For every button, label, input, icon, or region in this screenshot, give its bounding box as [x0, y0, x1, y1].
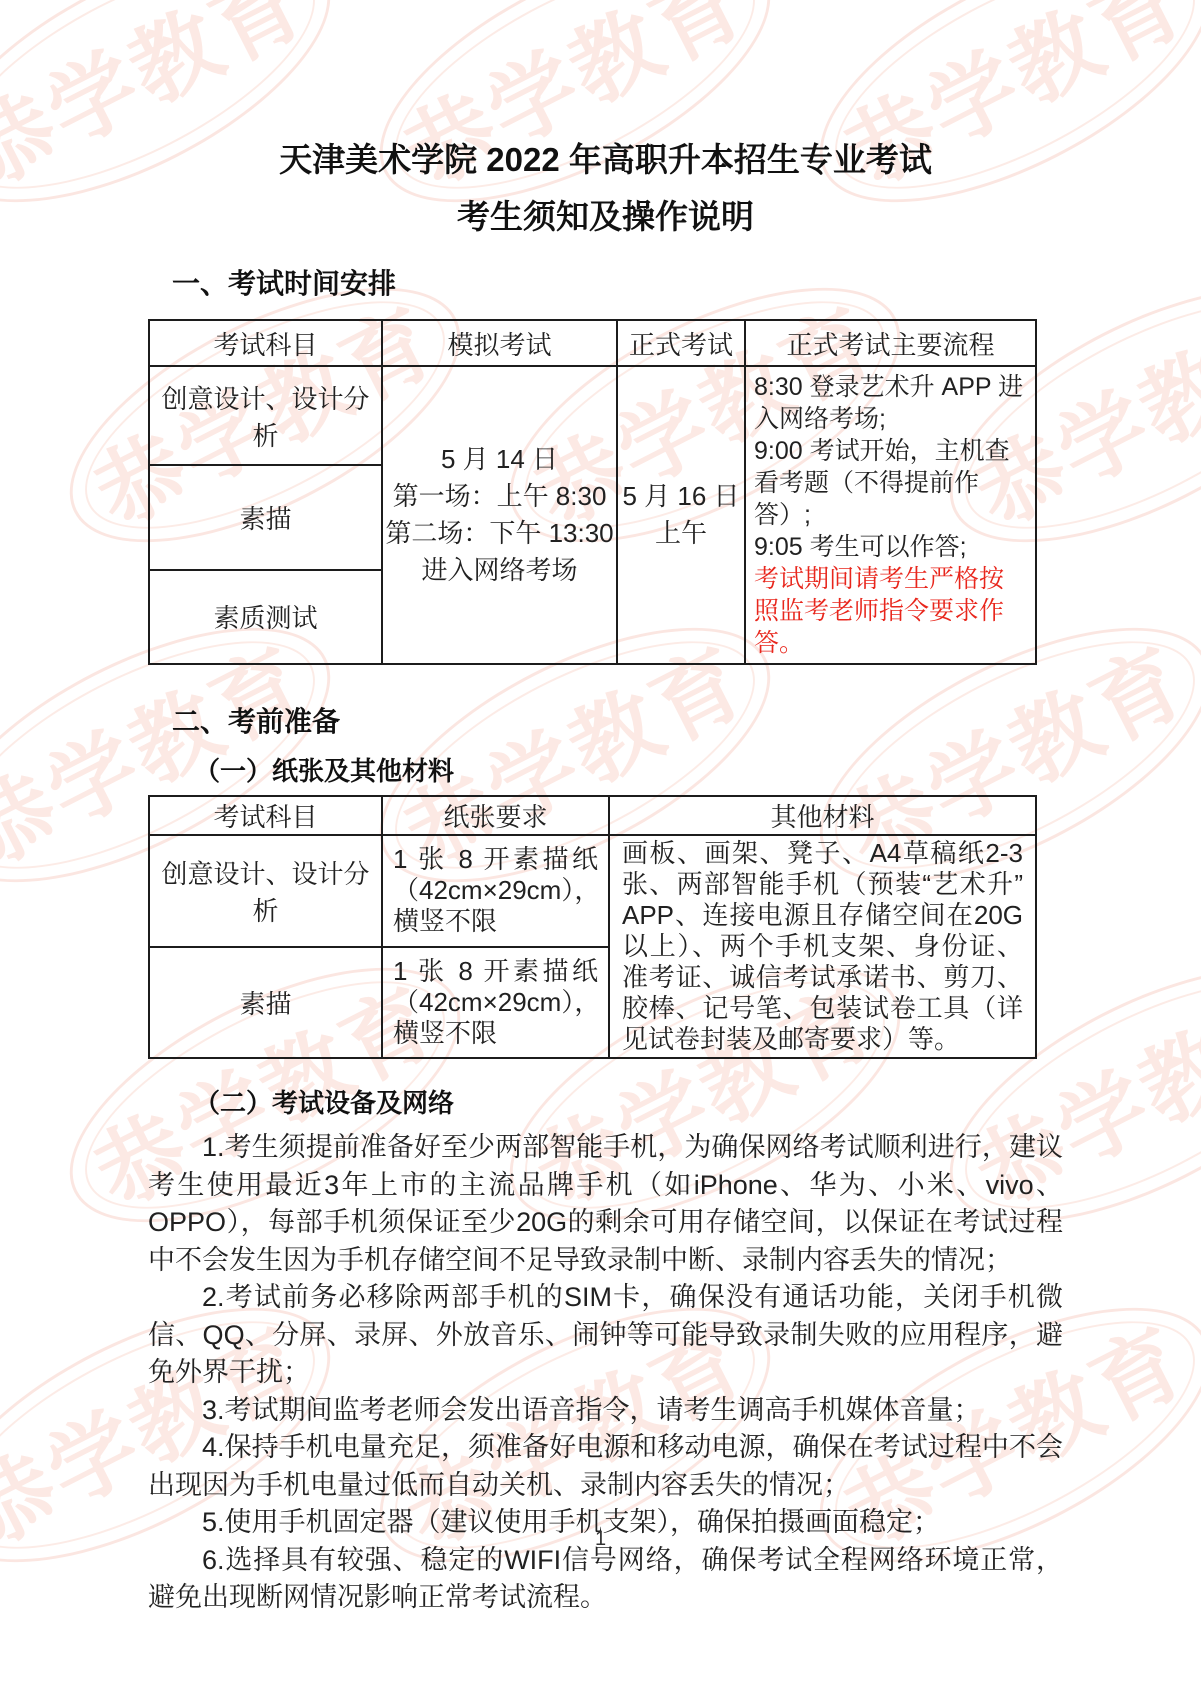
formal-flow-line: 8:30 登录艺术升 APP 进入网络考场;	[754, 371, 1027, 435]
subsection-heading-materials: （一）纸张及其他材料	[148, 755, 1063, 787]
mock-exam-line: 进入网络考场	[383, 552, 616, 589]
paper-requirement-cell: 1 张 8 开素描纸（42cm×29cm），横竖不限	[382, 835, 609, 947]
table-row: 创意设计、设计分析 5 月 14 日 第一场：上午 8:30 第二场：下午 13…	[149, 366, 1036, 465]
formal-exam-cell: 5 月 16 日 上午	[617, 366, 745, 664]
mock-exam-line: 第二场：下午 13:30	[383, 515, 616, 552]
table-row: 创意设计、设计分析 1 张 8 开素描纸（42cm×29cm），横竖不限 画板、…	[149, 835, 1036, 947]
column-header-subject: 考试科目	[149, 320, 382, 366]
document-content: 天津美术学院 2022 年高职升本招生专业考试 考生须知及操作说明 一、考试时间…	[0, 0, 1201, 1699]
mock-exam-cell: 5 月 14 日 第一场：上午 8:30 第二场：下午 13:30 进入网络考场	[382, 366, 617, 664]
document-title-line2: 考生须知及操作说明	[148, 197, 1063, 237]
formal-flow-line: 9:00 考试开始，主机查看考题（不得提前作答）;	[754, 435, 1027, 531]
column-header-formal-flow: 正式考试主要流程	[745, 320, 1036, 366]
paragraph-item: 2.考试前务必移除两部手机的SIM卡，确保没有通话功能，关闭手机微信、QQ、分屏…	[148, 1279, 1063, 1392]
formal-flow-warning: 考试期间请考生严格按照监考老师指令要求作答。	[754, 563, 1027, 659]
subject-cell: 素描	[149, 947, 382, 1059]
formal-exam-line: 上午	[618, 515, 744, 552]
paragraph-item: 1.考生须提前准备好至少两部智能手机，为确保网络考试顺利进行，建议考生使用最近3…	[148, 1129, 1063, 1279]
exam-schedule-table: 考试科目 模拟考试 正式考试 正式考试主要流程 创意设计、设计分析 5 月 14…	[148, 319, 1037, 665]
paragraph-item: 6.选择具有较强、稳定的WIFI信号网络，确保考试全程网络环境正常，避免出现断网…	[148, 1542, 1063, 1617]
paragraph-item: 4.保持手机电量充足，须准备好电源和移动电源，确保在考试过程中不会出现因为手机电…	[148, 1429, 1063, 1504]
subject-cell: 素描	[149, 465, 382, 569]
formal-flow-cell: 8:30 登录艺术升 APP 进入网络考场; 9:00 考试开始，主机查看考题（…	[745, 366, 1036, 664]
page-number: 1	[0, 1528, 1201, 1551]
mock-exam-line: 5 月 14 日	[383, 441, 616, 478]
mock-exam-line: 第一场：上午 8:30	[383, 478, 616, 515]
formal-exam-line: 5 月 16 日	[618, 478, 744, 515]
column-header-other-material: 其他材料	[609, 796, 1036, 835]
formal-flow-line: 9:05 考生可以作答;	[754, 531, 1027, 563]
subject-cell: 创意设计、设计分析	[149, 366, 382, 465]
column-header-formal-exam: 正式考试	[617, 320, 745, 366]
paragraph-item: 3.考试期间监考老师会发出语音指令，请考生调高手机媒体音量；	[148, 1392, 1063, 1430]
subject-cell: 素质测试	[149, 570, 382, 664]
paper-requirement-cell: 1 张 8 开素描纸（42cm×29cm），横竖不限	[382, 947, 609, 1059]
materials-table: 考试科目 纸张要求 其他材料 创意设计、设计分析 1 张 8 开素描纸（42cm…	[148, 795, 1037, 1059]
column-header-paper: 纸张要求	[382, 796, 609, 835]
section-heading-preparation: 二、考前准备	[148, 705, 1063, 739]
subsection-heading-devices: （二）考试设备及网络	[148, 1087, 1063, 1119]
column-header-subject: 考试科目	[149, 796, 382, 835]
document-title-line1: 天津美术学院 2022 年高职升本招生专业考试	[148, 140, 1063, 180]
table-header-row: 考试科目 模拟考试 正式考试 正式考试主要流程	[149, 320, 1036, 366]
section-heading-exam-schedule: 一、考试时间安排	[148, 267, 1063, 301]
subject-cell: 创意设计、设计分析	[149, 835, 382, 947]
column-header-mock-exam: 模拟考试	[382, 320, 617, 366]
table-header-row: 考试科目 纸张要求 其他材料	[149, 796, 1036, 835]
document-page: { "page": { "title_line1": "天津美术学院 2022 …	[0, 0, 1201, 1699]
other-materials-cell: 画板、画架、凳子、A4草稿纸2-3张、两部智能手机（预装“艺术升”APP、连接电…	[609, 835, 1036, 1058]
